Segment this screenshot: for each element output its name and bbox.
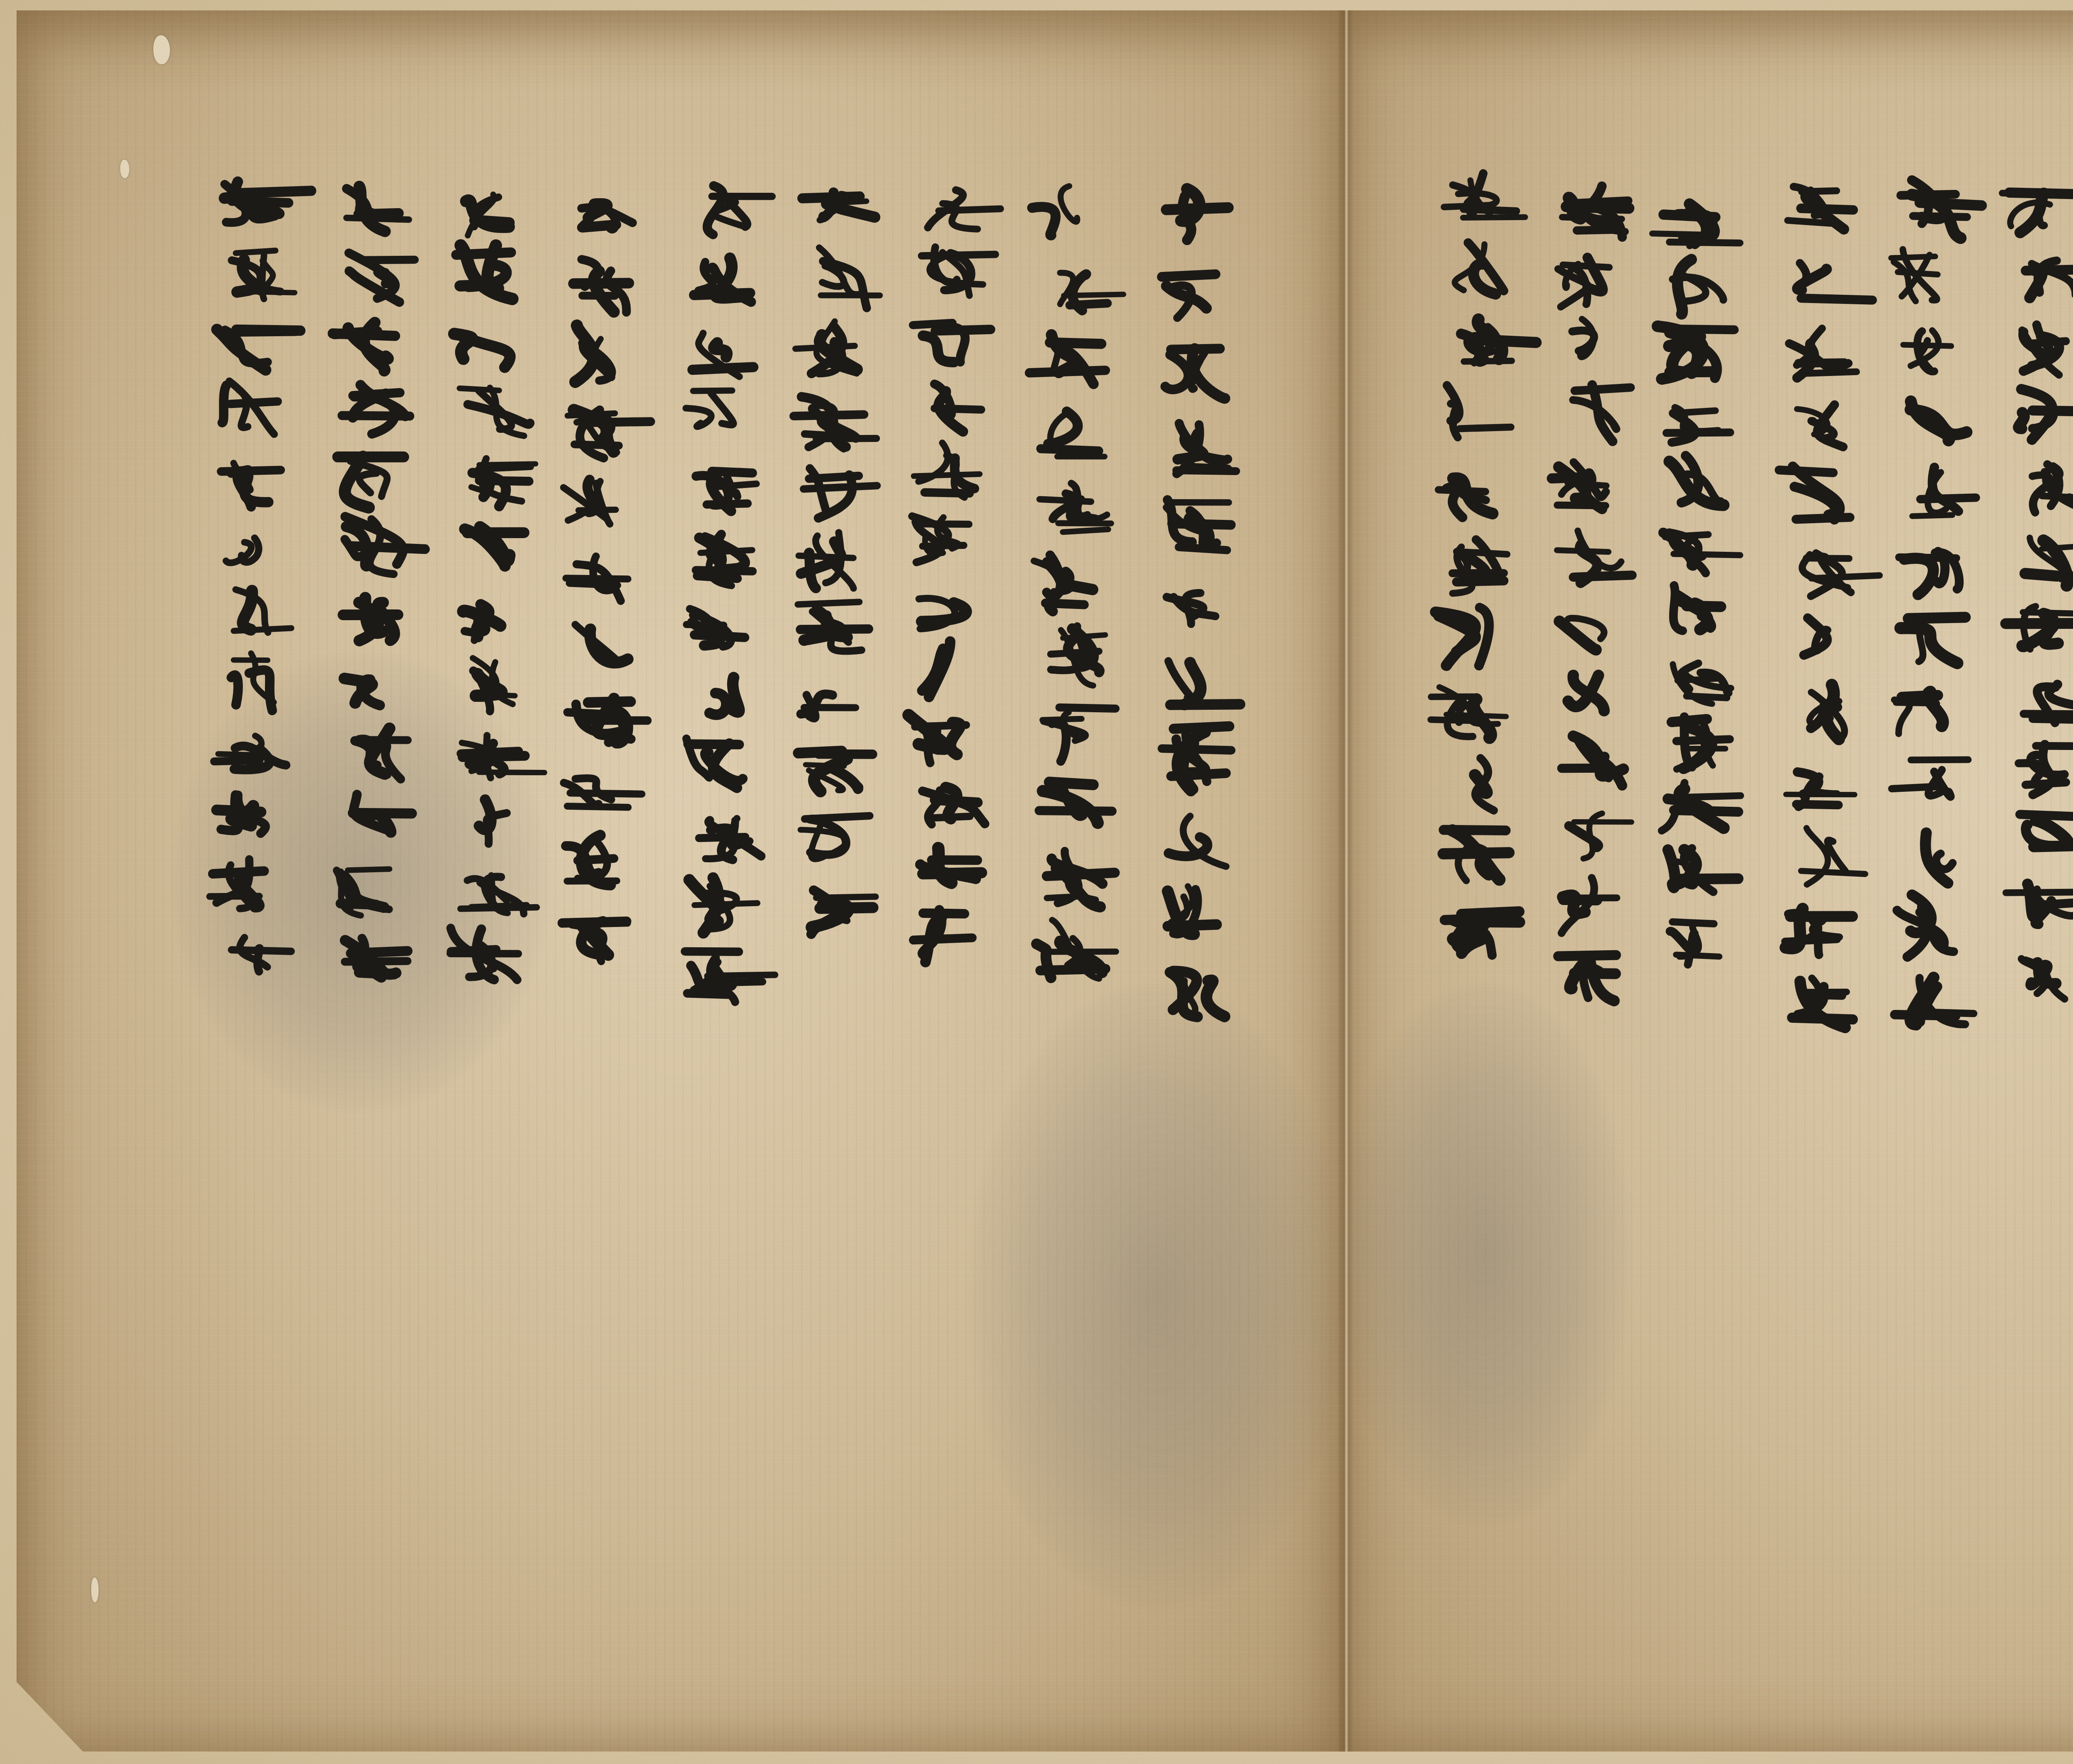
text-column <box>902 168 997 964</box>
ink-offset-smudge <box>1339 985 1629 1524</box>
calligraphy-glyph <box>1429 462 1510 520</box>
calligraphy-glyph <box>1420 682 1508 742</box>
calligraphy-glyph <box>202 789 291 848</box>
calligraphy-glyph <box>458 654 536 712</box>
calligraphy-glyph <box>1773 177 1854 240</box>
paper-loss <box>153 35 170 64</box>
text-column <box>201 168 296 984</box>
text-column <box>786 168 881 943</box>
calligraphy-glyph <box>786 809 868 873</box>
calligraphy-glyph <box>894 439 989 500</box>
calligraphy-glyph <box>1421 536 1516 594</box>
calligraphy-glyph <box>1029 694 1111 762</box>
calligraphy-glyph <box>442 242 528 304</box>
calligraphy-glyph <box>904 372 983 433</box>
calligraphy-glyph <box>209 515 290 576</box>
calligraphy-glyph <box>329 378 418 440</box>
text-column <box>1022 168 1117 984</box>
calligraphy-glyph <box>902 842 985 898</box>
calligraphy-glyph <box>2005 740 2073 795</box>
calligraphy-glyph <box>676 803 774 864</box>
calligraphy-glyph <box>2005 807 2073 864</box>
text-column <box>1540 168 1636 1004</box>
calligraphy-glyph <box>1891 461 1976 527</box>
calligraphy-glyph <box>1021 914 1114 984</box>
calligraphy-glyph <box>336 249 415 304</box>
right-page: 二十六 38 <box>1339 10 2073 1752</box>
calligraphy-glyph <box>1878 245 1966 311</box>
calligraphy-glyph <box>449 790 542 848</box>
calligraphy-glyph <box>1439 311 1522 373</box>
calligraphy-glyph <box>782 677 869 732</box>
text-column <box>549 168 645 966</box>
calligraphy-glyph <box>1019 181 1107 242</box>
calligraphy-glyph <box>1777 400 1867 455</box>
calligraphy-glyph <box>1641 319 1738 380</box>
calligraphy-glyph <box>563 183 643 240</box>
calligraphy-glyph <box>1550 662 1628 725</box>
calligraphy-glyph <box>331 932 412 984</box>
calligraphy-glyph <box>555 404 641 458</box>
calligraphy-glyph <box>783 528 874 591</box>
calligraphy-glyph <box>1883 890 1967 957</box>
calligraphy-glyph <box>1769 759 1858 813</box>
calligraphy-glyph <box>1991 599 2073 655</box>
calligraphy-glyph <box>1550 946 1629 1004</box>
calligraphy-glyph <box>1892 387 1978 455</box>
calligraphy-glyph <box>1534 454 1627 516</box>
calligraphy-glyph <box>1155 180 1235 246</box>
calligraphy-glyph <box>328 660 410 712</box>
calligraphy-glyph <box>671 244 764 307</box>
calligraphy-glyph <box>1885 971 1976 1029</box>
calligraphy-glyph <box>1651 650 1741 705</box>
calligraphy-glyph <box>324 864 409 916</box>
calligraphy-glyph <box>675 599 757 655</box>
calligraphy-glyph <box>1642 197 1742 250</box>
center-fold <box>1337 10 1354 1752</box>
calligraphy-glyph <box>1032 841 1118 910</box>
calligraphy-glyph <box>553 828 632 893</box>
calligraphy-glyph <box>2003 667 2073 725</box>
calligraphy-glyph <box>199 320 298 372</box>
calligraphy-glyph <box>444 592 524 644</box>
calligraphy-glyph <box>1768 463 1863 527</box>
calligraphy-glyph <box>1660 709 1738 770</box>
calligraphy-glyph <box>900 906 989 964</box>
calligraphy-glyph <box>1551 729 1636 795</box>
calligraphy-glyph <box>1149 718 1244 791</box>
calligraphy-glyph <box>326 789 407 848</box>
calligraphy-glyph <box>453 454 533 508</box>
text-column <box>1644 184 1739 966</box>
left-page <box>17 10 1343 1752</box>
calligraphy-glyph <box>675 943 763 1004</box>
calligraphy-glyph <box>794 887 880 943</box>
calligraphy-glyph <box>448 518 525 576</box>
calligraphy-glyph <box>1884 613 1971 670</box>
calligraphy-glyph <box>893 712 990 765</box>
calligraphy-glyph <box>1150 811 1237 869</box>
calligraphy-glyph <box>1997 385 2073 446</box>
calligraphy-glyph <box>1767 889 1857 957</box>
calligraphy-glyph <box>903 780 995 831</box>
calligraphy-glyph <box>1435 755 1518 815</box>
calligraphy-glyph <box>559 321 637 386</box>
calligraphy-glyph <box>1418 599 1517 668</box>
calligraphy-glyph <box>785 243 881 309</box>
calligraphy-glyph <box>199 855 285 916</box>
calligraphy-glyph <box>1153 495 1231 558</box>
calligraphy-glyph <box>683 455 767 516</box>
calligraphy-glyph <box>1995 247 2073 307</box>
calligraphy-glyph <box>205 930 292 984</box>
text-column <box>325 168 421 984</box>
calligraphy-glyph <box>1554 807 1630 864</box>
calligraphy-glyph <box>558 693 650 748</box>
calligraphy-glyph <box>782 596 881 661</box>
calligraphy-glyph <box>323 511 419 576</box>
text-column <box>670 168 765 1004</box>
calligraphy-glyph <box>447 728 529 780</box>
calligraphy-glyph <box>2012 531 2073 586</box>
calligraphy-glyph <box>1647 524 1738 575</box>
calligraphy-glyph <box>552 912 640 966</box>
calligraphy-glyph <box>318 311 414 372</box>
calligraphy-glyph <box>1778 679 1877 742</box>
calligraphy-glyph <box>1781 613 1874 670</box>
calligraphy-glyph <box>1778 971 1855 1029</box>
calligraphy-glyph <box>1146 342 1239 402</box>
calligraphy-glyph <box>903 315 986 367</box>
calligraphy-glyph <box>1425 903 1524 963</box>
calligraphy-glyph <box>1422 823 1520 889</box>
calligraphy-glyph <box>1998 941 2073 1004</box>
calligraphy-glyph <box>1889 532 1971 598</box>
calligraphy-glyph <box>1880 688 1963 742</box>
calligraphy-glyph <box>550 472 629 531</box>
calligraphy-glyph <box>904 580 985 632</box>
calligraphy-glyph <box>1547 600 1627 655</box>
calligraphy-glyph <box>1648 914 1736 966</box>
calligraphy-glyph <box>1150 653 1246 713</box>
calligraphy-glyph <box>216 243 296 304</box>
calligraphy-glyph <box>789 184 885 238</box>
calligraphy-glyph <box>1159 420 1246 480</box>
calligraphy-glyph <box>1889 324 1969 383</box>
calligraphy-glyph <box>319 451 414 508</box>
calligraphy-glyph <box>675 318 752 377</box>
calligraphy-glyph <box>1544 871 1624 934</box>
calligraphy-glyph <box>1542 524 1633 586</box>
calligraphy-glyph <box>210 650 296 712</box>
paper-loss <box>91 1577 99 1602</box>
calligraphy-glyph <box>1541 311 1640 377</box>
calligraphy-glyph <box>1027 772 1126 836</box>
calligraphy-glyph <box>676 873 760 934</box>
calligraphy-glyph <box>435 925 532 984</box>
calligraphy-glyph <box>337 723 422 780</box>
calligraphy-glyph <box>1657 452 1740 510</box>
calligraphy-glyph <box>1775 324 1863 383</box>
calligraphy-glyph <box>1425 377 1517 446</box>
calligraphy-glyph <box>1425 239 1524 299</box>
calligraphy-glyph <box>896 513 989 566</box>
manuscript-spread: 二十六 38 <box>17 10 2073 1752</box>
calligraphy-glyph <box>1638 775 1736 835</box>
calligraphy-glyph <box>448 182 532 236</box>
calligraphy-glyph <box>554 614 646 676</box>
calligraphy-glyph <box>444 378 540 440</box>
calligraphy-glyph <box>1989 181 2073 238</box>
text-column <box>1772 168 1868 1029</box>
calligraphy-glyph <box>672 381 757 446</box>
ink-offset-smudge <box>970 985 1343 1606</box>
calligraphy-glyph <box>1541 251 1622 307</box>
paper-loss <box>120 160 129 178</box>
calligraphy-glyph <box>335 590 417 644</box>
calligraphy-glyph <box>1157 955 1238 1025</box>
calligraphy-glyph <box>1639 391 1736 445</box>
calligraphy-glyph <box>1019 325 1114 391</box>
calligraphy-glyph <box>1436 170 1516 225</box>
calligraphy-glyph <box>1152 577 1233 636</box>
calligraphy-glyph <box>1643 256 1734 315</box>
calligraphy-glyph <box>439 316 536 372</box>
calligraphy-glyph <box>1021 549 1102 613</box>
calligraphy-glyph <box>546 762 637 821</box>
calligraphy-glyph <box>322 182 414 236</box>
calligraphy-glyph <box>1027 478 1117 539</box>
calligraphy-glyph <box>791 454 886 520</box>
calligraphy-glyph <box>1027 405 1112 465</box>
calligraphy-glyph <box>1779 534 1874 598</box>
calligraphy-glyph <box>2011 455 2073 516</box>
text-column <box>1996 168 2073 1004</box>
calligraphy-glyph <box>2000 316 2073 377</box>
calligraphy-glyph <box>1879 749 1977 813</box>
calligraphy-glyph <box>204 728 299 780</box>
calligraphy-glyph <box>207 584 306 644</box>
calligraphy-glyph <box>785 314 877 379</box>
calligraphy-glyph <box>1554 381 1634 446</box>
calligraphy-glyph <box>446 856 543 916</box>
calligraphy-glyph <box>1551 181 1636 238</box>
calligraphy-glyph <box>1889 830 1979 885</box>
text-column <box>442 168 537 984</box>
calligraphy-glyph <box>676 180 769 238</box>
calligraphy-glyph <box>204 449 284 508</box>
calligraphy-glyph <box>561 247 638 313</box>
calligraphy-glyph <box>1656 580 1734 640</box>
calligraphy-glyph <box>1767 256 1864 311</box>
calligraphy-glyph <box>199 378 291 440</box>
calligraphy-glyph <box>784 392 872 450</box>
calligraphy-glyph <box>1040 256 1117 316</box>
calligraphy-glyph <box>1648 839 1726 900</box>
calligraphy-glyph <box>1782 820 1869 885</box>
calligraphy-glyph <box>1026 622 1120 687</box>
calligraphy-glyph <box>912 182 990 234</box>
calligraphy-glyph <box>1151 879 1234 947</box>
text-column <box>1146 168 1242 1025</box>
calligraphy-glyph <box>204 177 300 236</box>
calligraphy-glyph <box>557 539 639 603</box>
calligraphy-glyph <box>1889 172 1973 240</box>
calligraphy-glyph <box>1149 259 1241 324</box>
calligraphy-glyph <box>680 527 759 586</box>
calligraphy-glyph <box>897 244 995 301</box>
calligraphy-glyph <box>787 747 883 802</box>
calligraphy-glyph <box>1995 880 2073 934</box>
calligraphy-glyph <box>903 638 981 699</box>
calligraphy-glyph <box>684 670 762 725</box>
text-column <box>1424 151 1520 963</box>
text-column <box>1880 168 1976 1029</box>
calligraphy-glyph <box>672 734 765 795</box>
